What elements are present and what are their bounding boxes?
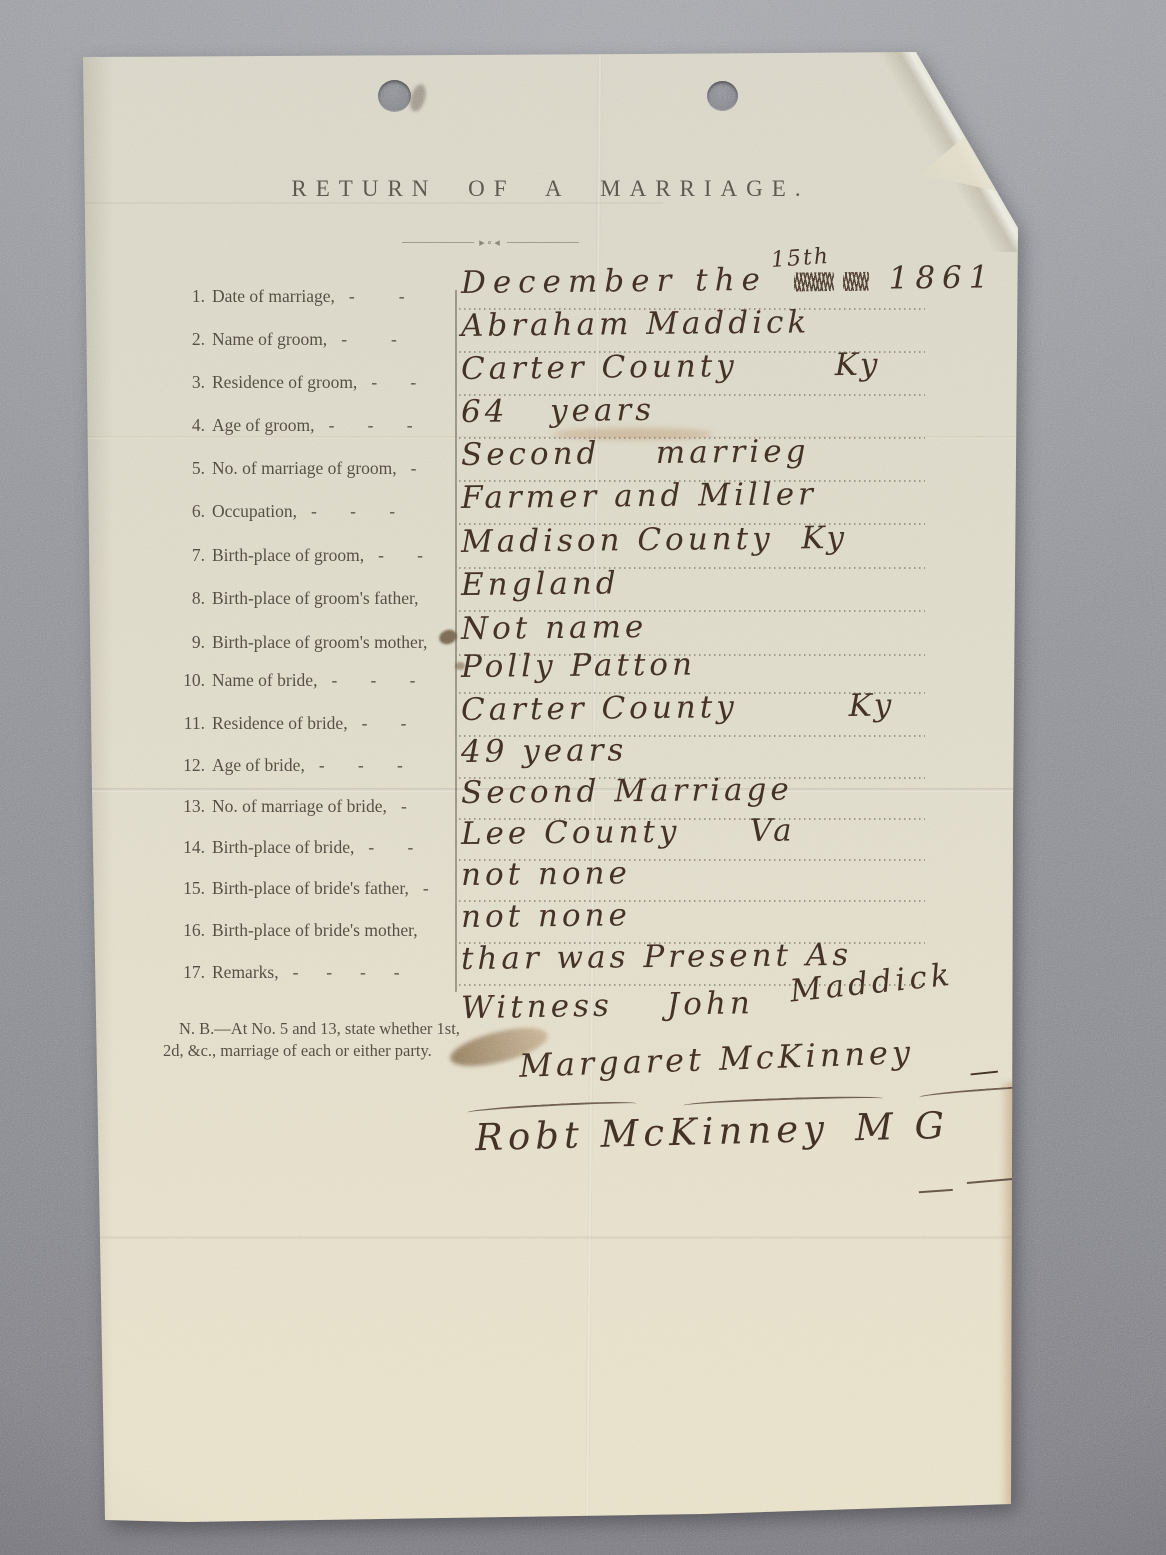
field-number: 4.	[161, 413, 205, 437]
answer-text: December the	[461, 262, 784, 301]
handwritten-answer: England	[461, 568, 620, 601]
field-label-group: 7. Birth-place of groom, - -	[161, 543, 457, 567]
handwritten-answer: Second Marriage	[461, 775, 793, 809]
field-label-group: 9. Birth-place of groom's mother,	[161, 630, 457, 654]
leader-dashes	[418, 918, 457, 942]
field-label: Birth-place of bride's mother,	[212, 918, 418, 942]
leader-dashes: - - - -	[279, 960, 457, 984]
ornament-line	[402, 242, 474, 243]
field-number: 15.	[161, 876, 205, 900]
leader-dashes: - - -	[305, 753, 457, 777]
field-label-group: 13. No. of marriage of bride, -	[161, 794, 457, 818]
field-number: 3.	[161, 370, 205, 394]
field-number: 17.	[161, 960, 205, 984]
paper-edge-shade	[83, 52, 113, 1522]
title-ornament: ▸∘◂	[383, 236, 598, 249]
field-label: Birth-place of groom,	[212, 543, 364, 567]
leader-dashes: - - -	[315, 413, 457, 437]
field-label-group: 3. Residence of groom, - -	[161, 370, 457, 394]
field-label-group: 16. Birth-place of bride's mother,	[161, 918, 457, 942]
field-number: 12.	[161, 753, 205, 777]
field-label: No. of marriage of bride,	[212, 794, 387, 818]
handwritten-answer: 64 years	[461, 395, 655, 428]
superscript-date: 15th	[770, 244, 831, 273]
right-edge-stain	[1000, 1082, 1016, 1512]
field-number: 2.	[161, 327, 205, 351]
field-number: 14.	[161, 835, 205, 859]
handwritten-answer: 49 years	[461, 735, 628, 768]
field-label-group: 17. Remarks, - - - -	[161, 960, 457, 984]
field-number: 5.	[161, 456, 205, 480]
field-number: 13.	[161, 794, 205, 818]
punch-hole	[378, 80, 411, 112]
handwritten-answer: Farmer and Miller	[461, 479, 817, 514]
field-label: Remarks,	[212, 960, 279, 984]
handwritten-answer: Second marrieg	[461, 436, 810, 471]
field-label: Birth-place of groom's mother,	[212, 630, 427, 654]
field-label-group: 1. Date of marriage, - -	[161, 284, 457, 308]
field-number: 10.	[161, 668, 205, 692]
paper-wrap: RETURN OF A MARRIAGE. ▸∘◂ 1. Date of mar…	[83, 52, 1018, 1522]
leader-dashes: - -	[327, 327, 457, 351]
leader-dashes: - -	[335, 284, 457, 308]
signature-suffix: M G	[854, 1104, 949, 1149]
field-label-group: 12. Age of bride, - - -	[161, 753, 457, 777]
witness-first-name: John	[667, 985, 755, 1023]
leader-dashes: - -	[348, 711, 457, 735]
field-number: 1.	[161, 284, 205, 308]
field-number: 16.	[161, 918, 205, 942]
answer-text: 1861	[872, 259, 996, 296]
punch-hole	[707, 81, 738, 111]
signature-name: Robt McKinney	[475, 1107, 830, 1159]
field-label: No. of marriage of groom,	[212, 456, 397, 480]
handwritten-answer: December the 1861	[461, 262, 996, 299]
leader-dashes: - -	[354, 835, 457, 859]
leader-dashes: - -	[364, 543, 457, 567]
field-label-group: 5. No. of marriage of groom, -	[161, 456, 457, 480]
trailing-pen-dash: —	[967, 1053, 1000, 1091]
document-title: RETURN OF A MARRIAGE.	[83, 176, 1018, 202]
field-label-group: 14. Birth-place of bride, - -	[161, 835, 457, 859]
field-label-group: 8. Birth-place of groom's father,	[161, 586, 457, 610]
punch-hole-smudge	[407, 83, 428, 114]
field-label: Age of bride,	[212, 753, 305, 777]
field-number: 11.	[161, 711, 205, 735]
field-label-group: 10. Name of bride, - - -	[161, 668, 457, 692]
leader-dashes: -	[387, 794, 457, 818]
leader-dashes: -	[397, 456, 457, 480]
field-label: Name of groom,	[212, 327, 327, 351]
leader-dashes: - - -	[297, 499, 457, 523]
handwritten-answer: Carter County Ky	[461, 690, 896, 726]
nb-note: N. B.—At No. 5 and 13, state whether 1st…	[163, 1018, 461, 1061]
strikeout-scribble	[794, 272, 834, 291]
horizontal-crease	[83, 202, 663, 204]
field-label-group: 6. Occupation, - - -	[161, 499, 457, 523]
field-label: Age of groom,	[212, 413, 315, 437]
handwritten-answer: Not name	[461, 612, 648, 645]
field-label-group: 11. Residence of bride, - -	[161, 711, 457, 735]
ornament-glyph: ▸∘◂	[479, 236, 501, 249]
handwritten-answer: not none	[461, 900, 631, 933]
witness-line: WitnessJohnMaddick	[461, 982, 954, 1027]
handwritten-answer: Abraham Maddick	[461, 307, 811, 342]
field-label: Residence of bride,	[212, 711, 348, 735]
strikeout-scribble	[843, 272, 869, 291]
field-label: Birth-place of bride,	[212, 835, 354, 859]
document-paper: RETURN OF A MARRIAGE. ▸∘◂ 1. Date of mar…	[83, 52, 1018, 1522]
field-label-group: 4. Age of groom, - - -	[161, 413, 457, 437]
handwritten-answer: Polly Patton	[461, 650, 696, 683]
marriage-return-photo: RETURN OF A MARRIAGE. ▸∘◂ 1. Date of mar…	[0, 0, 1166, 1555]
leader-dashes	[427, 630, 457, 654]
leader-dashes: -	[409, 876, 457, 900]
field-number: 7.	[161, 543, 205, 567]
field-label-group: 2. Name of groom, - -	[161, 327, 457, 351]
handwritten-answer: Lee County Va	[461, 815, 796, 850]
field-number: 8.	[161, 586, 205, 610]
field-label: Birth-place of bride's father,	[212, 876, 409, 900]
signature-underline	[919, 1189, 953, 1197]
field-number: 6.	[161, 499, 205, 523]
handwritten-answer: Carter County Ky	[461, 350, 882, 385]
field-label: Date of marriage,	[212, 284, 335, 308]
field-label: Occupation,	[212, 499, 297, 523]
handwritten-answer: Madison County Ky	[461, 523, 848, 558]
handwritten-answer: not none	[461, 858, 631, 891]
witness-word: Witness	[461, 988, 613, 1027]
ornament-line	[507, 242, 579, 243]
horizontal-crease	[83, 1236, 1018, 1239]
field-label: Name of bride,	[212, 668, 317, 692]
leader-dashes: - - -	[317, 668, 457, 692]
field-label-group: 15. Birth-place of bride's father, -	[161, 876, 457, 900]
leader-dashes: - -	[357, 370, 457, 394]
second-witness-name: Margaret McKinney	[518, 1033, 914, 1085]
field-label: Residence of groom,	[212, 370, 357, 394]
leader-dashes	[419, 586, 457, 610]
field-label: Birth-place of groom's father,	[212, 586, 419, 610]
handwritten-answer: thar was Present As	[461, 940, 853, 975]
field-number: 9.	[161, 630, 205, 654]
